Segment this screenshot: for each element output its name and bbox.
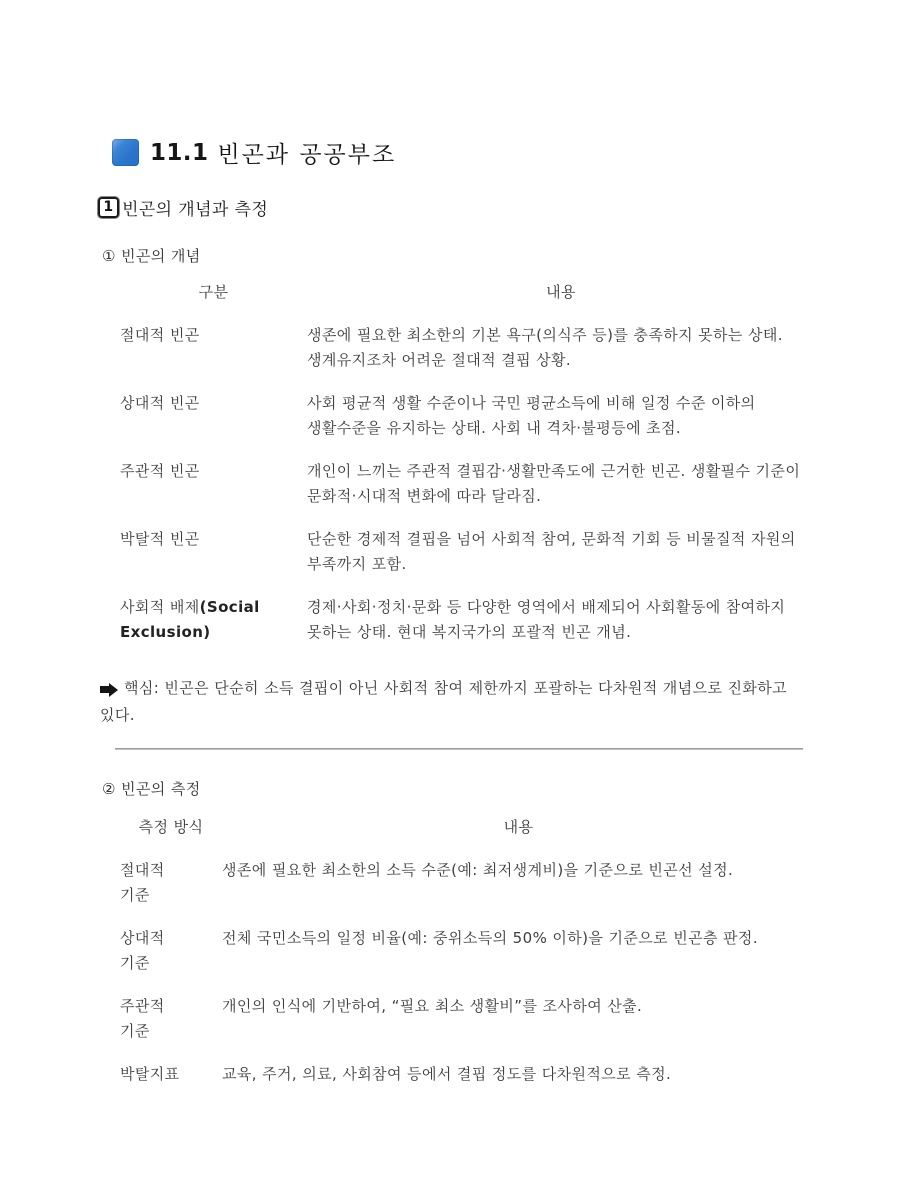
row-label: 주관적 빈곤 bbox=[120, 459, 307, 509]
concept-col1-header: 구분 bbox=[120, 280, 307, 305]
row-content: 개인의 인식에 기반하여, “필요 최소 생활비”를 조사하여 산출. bbox=[222, 994, 815, 1044]
page-title: 11.1 빈곤과 공공부조 bbox=[112, 136, 918, 169]
row-label: 주관적 기준 bbox=[120, 994, 222, 1044]
key-note-text: 핵심: 빈곤은 단순히 소득 결핍이 아닌 사회적 참여 제한까지 포괄하는 다… bbox=[100, 679, 787, 724]
row-label: 박탈적 빈곤 bbox=[120, 527, 307, 577]
row-content: 경제·사회·정치·문화 등 다양한 영역에서 배제되어 사회활동에 참여하지 못… bbox=[307, 595, 815, 645]
row-content: 단순한 경제적 결핍을 넘어 사회적 참여, 문화적 기회 등 비물질적 자원의… bbox=[307, 527, 815, 577]
sub-heading-concept: ① 빈곤의 개념 bbox=[102, 245, 918, 266]
blue-square-icon bbox=[112, 139, 139, 166]
row-label: 박탈지표 bbox=[120, 1062, 222, 1087]
keycap-1-icon: 1 bbox=[98, 197, 119, 218]
measure-col2-header: 내용 bbox=[222, 815, 815, 840]
row-content: 교육, 주거, 의료, 사회참여 등에서 결핍 정도를 다차원적으로 측정. bbox=[222, 1062, 815, 1087]
title-number: 11.1 bbox=[150, 140, 208, 166]
measure-col1-header: 측정 방식 bbox=[120, 815, 222, 840]
document-page: 11.1 빈곤과 공공부조 1 빈곤의 개념과 측정 ① 빈곤의 개념 구분 내… bbox=[0, 0, 918, 1188]
row-label: 상대적 기준 bbox=[120, 926, 222, 976]
concept-col2-header: 내용 bbox=[307, 280, 815, 305]
section-heading-label: 빈곤의 개념과 측정 bbox=[122, 195, 268, 220]
section-heading: 1 빈곤의 개념과 측정 bbox=[98, 195, 918, 220]
key-note: 핵심: 빈곤은 단순히 소득 결핍이 아닌 사회적 참여 제한까지 포괄하는 다… bbox=[100, 675, 816, 728]
row-content: 전체 국민소득의 일정 비율(예: 중위소득의 50% 이하)을 기준으로 빈곤… bbox=[222, 926, 815, 976]
row-content: 사회 평균적 생활 수준이나 국민 평균소득에 비해 일정 수준 이하의 생활수… bbox=[307, 391, 815, 441]
row-label: 절대적 빈곤 bbox=[120, 323, 307, 373]
sub-heading-measure: ② 빈곤의 측정 bbox=[102, 778, 918, 799]
row-label-korean: 사회적 배제 bbox=[120, 598, 200, 616]
row-label: 상대적 빈곤 bbox=[120, 391, 307, 441]
row-label: 사회적 배제(Social Exclusion) bbox=[120, 595, 307, 645]
row-content: 생존에 필요한 최소한의 기본 욕구(의식주 등)를 충족하지 못하는 상태. … bbox=[307, 323, 815, 373]
measure-table: 측정 방식 내용 절대적 기준 생존에 필요한 최소한의 소득 수준(예: 최저… bbox=[120, 815, 815, 1087]
concept-table: 구분 내용 절대적 빈곤 생존에 필요한 최소한의 기본 욕구(의식주 등)를 … bbox=[120, 280, 815, 645]
right-arrow-icon bbox=[100, 676, 118, 702]
title-text: 빈곤과 공공부조 bbox=[217, 136, 396, 169]
row-content: 개인이 느끼는 주관적 결핍감·생활만족도에 근거한 빈곤. 생활필수 기준이 … bbox=[307, 459, 815, 509]
section-divider bbox=[115, 748, 803, 750]
row-content: 생존에 필요한 최소한의 소득 수준(예: 최저생계비)을 기준으로 빈곤선 설… bbox=[222, 858, 815, 908]
row-label: 절대적 기준 bbox=[120, 858, 222, 908]
